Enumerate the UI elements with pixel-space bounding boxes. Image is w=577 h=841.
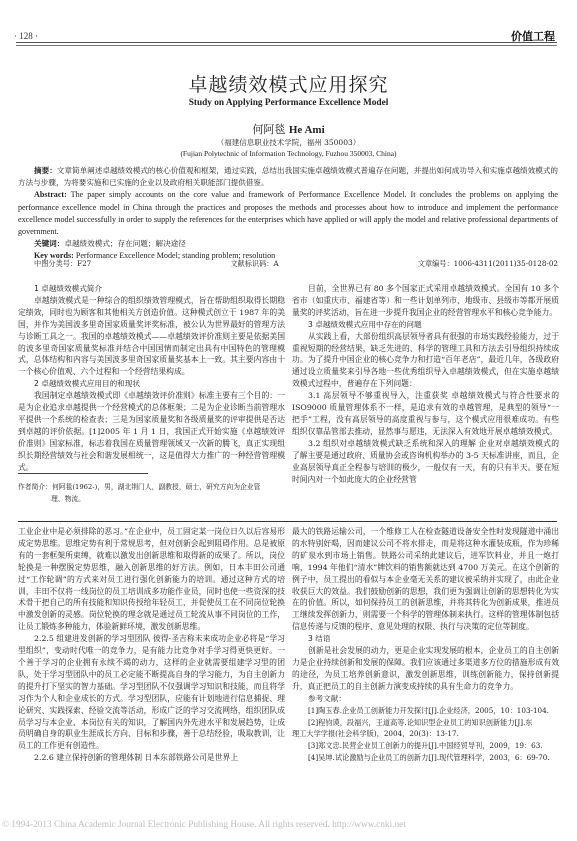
affiliation: （福建信息职业技术学院，福州 350003） — [0, 137, 577, 148]
reference-item: [1]陶玉春.企业员工创新能力开发探讨[J].企业经济，2005，10：103-… — [292, 705, 559, 717]
references-heading: 参考文献： — [292, 693, 559, 705]
abstract-cn: 摘要：文章简单阐述卓越绩效模式的核心价值观和框架，通过实践，总结出我国实施卓越绩… — [18, 165, 558, 189]
abstract-block: 摘要：文章简单阐述卓越绩效模式的核心价值观和框架，通过实践，总结出我国实施卓越绩… — [18, 165, 558, 263]
reference-item-continued: 理工大学学报(社会科学版)，2004，20(3)：13-17. — [292, 728, 559, 740]
document-code: 文献标识码：A — [230, 259, 278, 269]
paragraph: 我国制定卓越绩效模式即《卓越绩效评价准则》标准主要有三个目的：一是为企业追求卓越… — [18, 390, 285, 473]
paragraph: 2.2.5 组建进发创新的学习型团队 彼得·圣吉称未来成功企业必将是“学习型组织… — [18, 633, 285, 752]
paragraph: 工业企业中是必须排除的恶习。”在企业中，员工固定某一岗位日久以后容易形成定势思维… — [18, 526, 285, 633]
section-heading: 1 卓越绩效模式简介 — [18, 283, 285, 295]
author-name-cn: 何阿毯 — [252, 123, 285, 136]
article-id: 文章编号：1006-4311(2011)35-0128-02 — [418, 259, 558, 269]
page-number: · 128 · — [14, 31, 38, 41]
section-heading: 2 卓越绩效模式应用目的和现状 — [18, 378, 285, 390]
author-footnote: 作者简介：何阿毯(1962-)，男，湖北荆门人，副教授，硕士，研究方向为企业管 … — [18, 482, 285, 505]
section-heading: 3 结语 — [292, 633, 559, 645]
author-name-en: He Ami — [289, 124, 325, 136]
affiliation-en: (Fujian Polytechnic of Information Techn… — [0, 149, 577, 158]
paragraph: 最大的铁路运输公司，一个维修工人在检查隧道设备安全性时发现隧道中涌出的水特别好喝… — [292, 526, 559, 633]
paragraph: 3.1 高层领导不够重视导入，注重获奖 卓越绩效模式与符合性要求的 ISO900… — [292, 390, 559, 438]
page-section-divider — [18, 521, 557, 522]
left-column-bottom: 工业企业中是必须排除的恶习。”在企业中，员工固定某一岗位日久以后容易形成定势思维… — [18, 526, 285, 764]
author: 何阿毯 He Ami — [0, 121, 577, 137]
right-column-bottom: 最大的铁路运输公司，一个维修工人在检查隧道设备安全性时发现隧道中涌出的水特别好喝… — [292, 526, 559, 764]
right-column-top: 目前，全世界已有 80 多个国家正式采用卓越绩效模式。全国有 10 多个省市（如… — [292, 283, 559, 485]
paragraph: 目前，全世界已有 80 多个国家正式采用卓越绩效模式。全国有 10 多个省市（如… — [292, 283, 559, 319]
keywords-cn: 关键词：卓越绩效模式；存在问题；解决途径 — [18, 238, 558, 250]
reference-item: [4]吴坤.试论激励与企业员工的创新力[J].现代管理科学，2003，6：69-… — [292, 752, 559, 764]
abstract-en: Abstract: The paper simply accounts on t… — [18, 189, 558, 238]
classification-row: 中图分类号：F27 文献标识码：A 文章编号：1006-4311(2011)35… — [18, 259, 558, 269]
copyright-watermark: © 1994-2013 China Academic Journal Elect… — [0, 820, 577, 830]
footnote-divider — [18, 473, 148, 474]
paragraph: 从实践上看，大部份组织高层领导者具有很强的市场实践经验能力，过于重视短期的经营结… — [292, 331, 559, 391]
reference-item: [3]郑文忠.民营企业员工创新力的提升[J].中国经贸导刊，2009，19：63… — [292, 740, 559, 752]
abstract-en-label: Abstract: — [34, 190, 67, 199]
abstract-cn-label: 摘要： — [34, 166, 57, 175]
header-rule-thin — [16, 45, 557, 46]
article-title-en: Study on Applying Performance Excellence… — [0, 98, 577, 108]
paragraph: 2.2.6 建立保持创新的管理体制 日本东部铁路公司是世界上 — [18, 752, 285, 764]
section-heading: 3 卓越绩效模式应用中存在的问题 — [292, 319, 559, 331]
references: 参考文献： [1]陶玉春.企业员工创新能力开发探讨[J].企业经济，2005，1… — [292, 693, 559, 764]
left-column-top: 1 卓越绩效模式简介 卓越绩效模式是一种综合的组织绩效管理模式，旨在帮助组织取得… — [18, 283, 285, 474]
paragraph: 创新是社会发展的动力，更是企业实现发展的根本，企业员工的自主创新力是企业持续创新… — [292, 645, 559, 693]
reference-item: [2]程钧谟，段福兴，王道高等.论知识型企业员工的知识创新能力[J].东 — [292, 717, 559, 729]
article-title: 卓越绩效模式应用探究 — [0, 70, 577, 97]
clc-number: 中图分类号：F27 — [18, 259, 91, 269]
paragraph: 3.2 组织对卓越绩效模式缺乏系统和深入的理解 企业对卓越绩效模式的了解主要是通… — [292, 438, 559, 486]
paragraph: 卓越绩效模式是一种综合的组织绩效管理模式，旨在帮助组织取得长期稳定绩效，同时也为… — [18, 295, 285, 378]
header-rule — [16, 42, 557, 43]
